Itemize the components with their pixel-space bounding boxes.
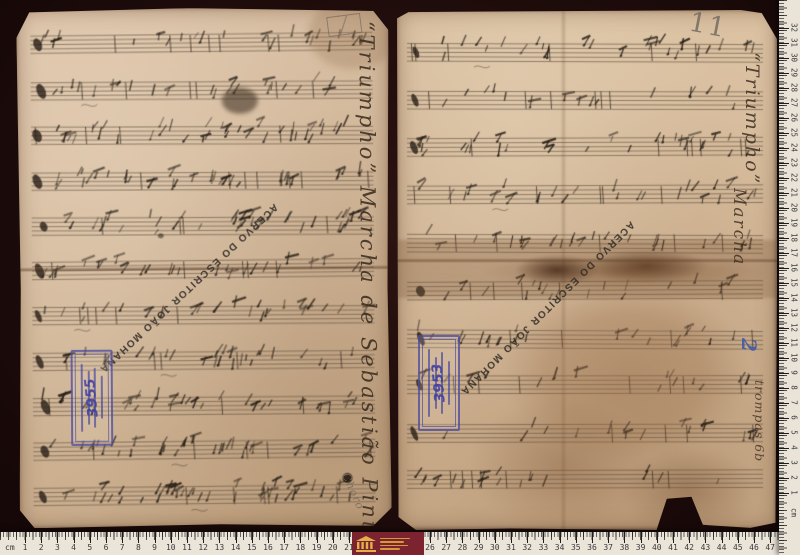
- ruler-tick: [779, 373, 789, 374]
- ruler-right: 3231302928272625242322212019181716151413…: [779, 0, 800, 555]
- ruler-tick: [779, 148, 789, 149]
- ruler-tick-label: 47: [765, 543, 775, 552]
- ruler-tick-label: 31: [790, 37, 799, 49]
- ruler-tick-label: 28: [458, 543, 468, 552]
- instrument-annotation: trompas 6b: [752, 380, 767, 462]
- ruler-tick: [560, 532, 561, 543]
- ruler-tick: [252, 532, 253, 543]
- ruler-tick-label: 31: [506, 543, 516, 552]
- ruler-tick: [495, 532, 496, 543]
- ruler-tick-label: 20: [328, 543, 338, 552]
- ruler-tick: [187, 532, 188, 543]
- ruler-tick: [779, 208, 789, 209]
- stamp-text-line: [428, 349, 430, 418]
- ruler-tick-label: 36: [587, 543, 597, 552]
- ruler-tick-label: 18: [790, 232, 799, 244]
- ruler-tick-label: 19: [790, 217, 799, 229]
- logo-text-line: [380, 541, 404, 543]
- archive-blue-stamp: 3955: [71, 350, 114, 446]
- ruler-tick: [155, 532, 156, 543]
- ruler-tick-label: 30: [790, 52, 799, 64]
- ruler-tick-label: 16: [790, 262, 799, 274]
- ruler-tick: [779, 193, 789, 194]
- ruler-tick-label: 11: [182, 543, 192, 552]
- ruler-tick-label: 7: [790, 397, 799, 409]
- ruler-tick: [74, 532, 75, 543]
- ruler-tick-label: 3: [790, 457, 799, 469]
- ruler-tick: [779, 493, 789, 494]
- ruler-tick: [779, 448, 789, 449]
- ruler-tick-label: 13: [215, 543, 225, 552]
- ruler-tick: [673, 532, 674, 543]
- ruler-tick-label: 18: [296, 543, 306, 552]
- ruler-tick: [236, 532, 237, 543]
- ruler-tick: [462, 532, 463, 543]
- archive-logo: [352, 532, 424, 555]
- ruler-tick: [608, 532, 609, 543]
- ruler-tick-label: 13: [790, 307, 799, 319]
- ruler-tick-label: 17: [279, 543, 289, 552]
- ruler-tick-label: 20: [790, 202, 799, 214]
- ruler-tick-label: 33: [539, 543, 549, 552]
- ruler-tick-label: 41: [668, 543, 678, 552]
- stamp-number: 3955: [82, 378, 102, 418]
- ruler-tick: [779, 223, 789, 224]
- ruler-tick-label: 2: [39, 543, 44, 552]
- ruler-tick: [317, 532, 318, 543]
- ruler-tick: [138, 532, 139, 543]
- ruler-tick-label: 12: [198, 543, 208, 552]
- manuscript-page-left: “Triumpho” Marcha de Sebastião Pinto ACE…: [16, 7, 392, 529]
- ruler-tick-label: 23: [790, 157, 799, 169]
- ruler-tick: [754, 532, 755, 543]
- ruler-tick-label: 27: [790, 97, 799, 109]
- ruler-tick-label: 26: [425, 543, 435, 552]
- ruler-tick-label: 45: [733, 543, 743, 552]
- ruler-tick: [779, 88, 789, 89]
- ruler-tick-label: 28: [790, 82, 799, 94]
- ruler-tick-label: 32: [790, 22, 799, 34]
- ruler-tick-label: 9: [152, 543, 157, 552]
- ruler-tick-label: 8: [790, 382, 799, 394]
- ruler-tick-label: 27: [441, 543, 451, 552]
- ruler-tick: [779, 178, 789, 179]
- ruler-tick: [779, 238, 789, 239]
- ruler-tick: [122, 532, 123, 543]
- archive-blue-stamp: 3953: [418, 335, 460, 431]
- ruler-tick-label: 46: [749, 543, 759, 552]
- ruler-tick-label: 14: [231, 543, 241, 552]
- ruler-unit-label: cm: [5, 543, 15, 552]
- ruler-tick: [90, 532, 91, 543]
- ruler-tick-label: 1: [23, 543, 28, 552]
- ruler-half-ticks: [779, 0, 787, 555]
- ruler-tick: [779, 418, 789, 419]
- ruler-tick-label: 4: [71, 543, 76, 552]
- ruler-tick-label: 22: [790, 172, 799, 184]
- ruler-tick: [705, 532, 706, 543]
- ink-blot: [158, 233, 164, 238]
- ruler-tick: [738, 532, 739, 543]
- ruler-tick: [779, 463, 789, 464]
- ruler-tick: [779, 343, 789, 344]
- ruler-tick: [770, 532, 771, 543]
- ruler-unit-label: cm: [790, 507, 799, 519]
- ruler-tick: [300, 532, 301, 543]
- ruler-tick: [779, 433, 789, 434]
- ruler-tick: [641, 532, 642, 543]
- ruler-tick: [779, 163, 789, 164]
- ruler-tick-label: 29: [790, 67, 799, 79]
- ruler-tick-label: 8: [136, 543, 141, 552]
- ruler-tick-label: 26: [790, 112, 799, 124]
- manuscript-title-short: “Triumpho”: [741, 52, 763, 185]
- ruler-tick: [779, 118, 789, 119]
- ruler-tick-label: 17: [790, 247, 799, 259]
- ruler-tick: [779, 268, 789, 269]
- ruler-tick: [779, 478, 789, 479]
- photo-scene: “Triumpho” Marcha de Sebastião Pinto ACE…: [0, 0, 800, 555]
- ruler-tick: [657, 532, 658, 543]
- ruler-tick-label: 40: [652, 543, 662, 552]
- ruler-tick: [779, 298, 789, 299]
- ruler-tick-label: 6: [104, 543, 109, 552]
- ruler-tick-label: 3: [55, 543, 60, 552]
- ruler-tick: [479, 532, 480, 543]
- ruler-tick: [779, 403, 789, 404]
- ruler-tick-label: 14: [790, 292, 799, 304]
- logo-text-line: [380, 538, 410, 540]
- blue-stamp-inner: 3955: [75, 354, 110, 442]
- ruler-tick: [779, 43, 789, 44]
- ruler-tick-label: 1: [790, 487, 799, 499]
- ruler-tick: [349, 532, 350, 543]
- ruler-tick: [779, 73, 789, 74]
- ruler-tick-label: 5: [87, 543, 92, 552]
- ruler-tick-label: 15: [247, 543, 257, 552]
- ruler-tick: [592, 532, 593, 543]
- blue-stamp-inner: 3953: [422, 339, 456, 427]
- manuscript-title: “Triumpho” Marcha de Sebastião Pinto: [354, 21, 382, 529]
- ruler-tick: [430, 532, 431, 543]
- ruler-tick: [511, 532, 512, 543]
- ruler-tick: [268, 532, 269, 543]
- ruler-tick-label: 32: [522, 543, 532, 552]
- ruler-tick-label: 6: [790, 412, 799, 424]
- ruler-tick: [576, 532, 577, 543]
- ruler-tick: [106, 532, 107, 543]
- ruler-tick-label: 30: [490, 543, 500, 552]
- ruler-tick-label: 16: [263, 543, 273, 552]
- ruler-tick-label: 34: [555, 543, 565, 552]
- ruler-bottom: 1234567891011121314151617181920212223242…: [0, 532, 787, 555]
- ruler-tick-label: 44: [717, 543, 727, 552]
- ruler-tick-label: 35: [571, 543, 581, 552]
- blue-pencil-number: 2: [737, 338, 761, 352]
- ruler-tick: [284, 532, 285, 543]
- ruler-tick: [779, 328, 789, 329]
- ruler-tick: [689, 532, 690, 543]
- ruler-tick: [333, 532, 334, 543]
- ruler-tick-label: 37: [603, 543, 613, 552]
- ruler-tick-label: 43: [701, 543, 711, 552]
- ruler-tick: [41, 532, 42, 543]
- ruler-tick-label: 2: [790, 472, 799, 484]
- ruler-tick-label: 15: [790, 277, 799, 289]
- ruler-tick: [25, 532, 26, 543]
- ruler-tick-label: 4: [790, 442, 799, 454]
- ruler-tick: [779, 388, 789, 389]
- ruler-tick: [527, 532, 528, 543]
- ruler-tick-label: 38: [620, 543, 630, 552]
- stamp-number: 3953: [429, 363, 448, 403]
- ruler-tick-label: 42: [684, 543, 694, 552]
- ruler-tick: [446, 532, 447, 543]
- ruler-tick: [779, 28, 789, 29]
- ruler-tick-label: 12: [790, 322, 799, 334]
- ruler-tick: [624, 532, 625, 543]
- ruler-tick-label: 11: [790, 337, 799, 349]
- ruler-tick-label: 39: [636, 543, 646, 552]
- ruler-tick: [203, 532, 204, 543]
- ruler-tick-label: 9: [790, 367, 799, 379]
- ruler-tick: [779, 283, 789, 284]
- manuscript-page-right: 11 “Triumpho” Marcha trompas 6b 2 ACERVO…: [397, 10, 777, 530]
- ruler-tick-label: 25: [790, 127, 799, 139]
- ruler-tick: [171, 532, 172, 543]
- logo-text-line: [380, 548, 400, 550]
- ruler-tick: [779, 58, 789, 59]
- building-icon: [356, 536, 376, 552]
- manuscript-subtitle: Marcha: [729, 188, 749, 266]
- ruler-tick: [57, 532, 58, 543]
- ruler-tick-label: 5: [790, 427, 799, 439]
- ruler-tick: [219, 532, 220, 543]
- ruler-tick-label: 10: [166, 543, 176, 552]
- ruler-tick-label: 21: [790, 187, 799, 199]
- ruler-tick-label: 10: [790, 352, 799, 364]
- ruler-tick: [779, 103, 789, 104]
- ruler-tick: [779, 313, 789, 314]
- logo-text-lines: [380, 538, 410, 550]
- ruler-tick: [779, 253, 789, 254]
- ruler-tick-label: 29: [474, 543, 484, 552]
- fold-crease-vertical: [562, 10, 565, 530]
- ruler-tick: [722, 532, 723, 543]
- ruler-tick-label: 24: [790, 142, 799, 154]
- ruler-tick: [543, 532, 544, 543]
- ruler-tick: [779, 358, 789, 359]
- stamp-text-line: [80, 364, 82, 431]
- ruler-tick-label: 19: [312, 543, 322, 552]
- logo-text-line: [380, 545, 408, 547]
- ruler-tick-label: 7: [120, 543, 125, 552]
- ruler-tick: [779, 133, 789, 134]
